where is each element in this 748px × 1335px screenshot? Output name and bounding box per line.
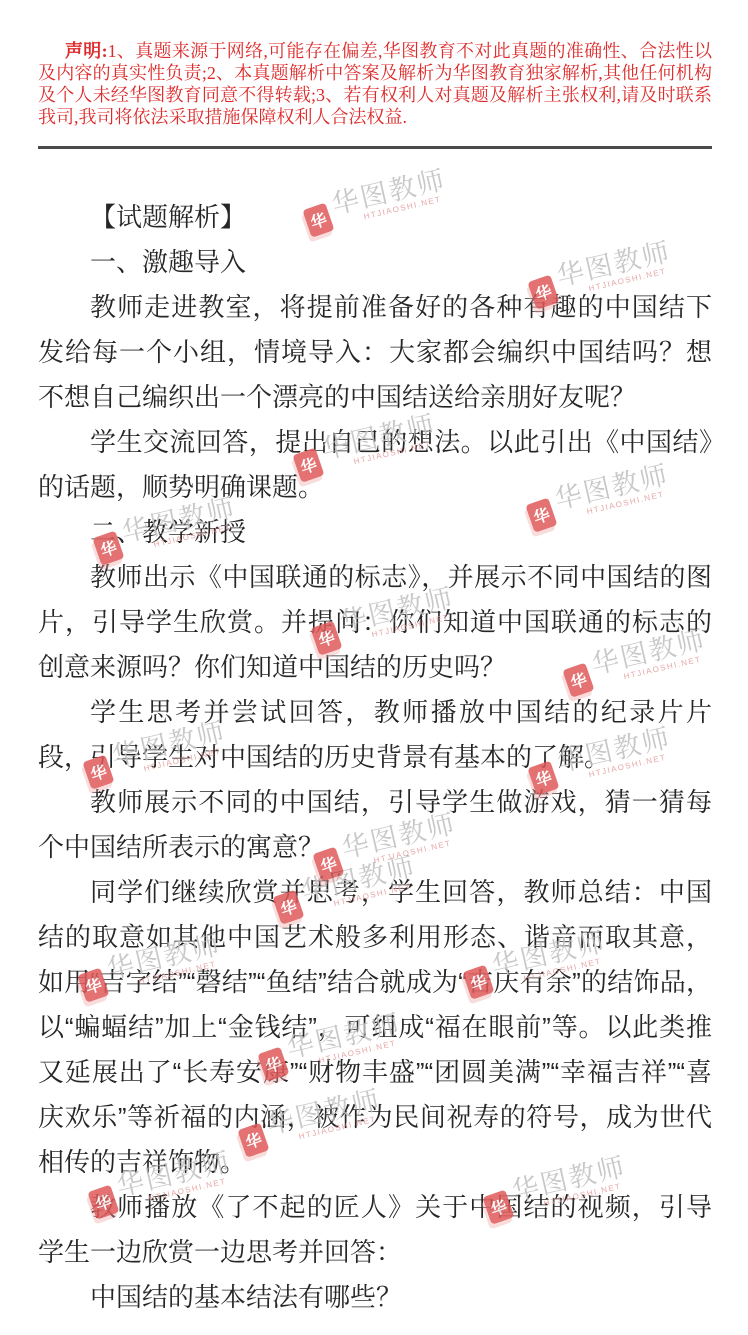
paragraph: 教师展示不同的中国结，引导学生做游戏，猜一猜每个中国结所表示的寓意？ xyxy=(38,780,712,870)
paragraph: 学生交流回答，提出自己的想法。以此引出《中国结》的话题，顺势明确课题。 xyxy=(38,420,712,510)
paragraph: 教师播放《了不起的匠人》关于中国结的视频，引导学生一边欣赏一边思考并回答： xyxy=(38,1185,712,1275)
paragraph: 同学们继续欣赏并思考，学生回答，教师总结：中国结的取意如其他中国艺术般多利用形态… xyxy=(38,870,712,1185)
paragraph: 教师走进教室，将提前准备好的各种有趣的中国结下发给每一个小组，情境导入：大家都会… xyxy=(38,285,712,420)
document-page: { "disclaimer": { "label": "声明:", "text"… xyxy=(0,0,748,1335)
lesson-analysis-body: 【试题解析】一、激趣导入教师走进教室，将提前准备好的各种有趣的中国结下发给每一个… xyxy=(38,195,712,1320)
disclaimer-body: 1、真题来源于网络,可能存在偏差,华图教育不对此真题的准确性、合法性以及内容的真… xyxy=(38,41,712,127)
paragraph: 学生思考并尝试回答，教师播放中国结的纪录片片段，引导学生对中国结的历史背景有基本… xyxy=(38,690,712,780)
paragraph: 中国结的基本结法有哪些？ xyxy=(38,1275,712,1320)
divider-line xyxy=(38,146,712,149)
document-content: 声明:1、真题来源于网络,可能存在偏差,华图教育不对此真题的准确性、合法性以及内… xyxy=(0,0,748,1320)
paragraph: 教师出示《中国联通的标志》，并展示不同中国结的图片，引导学生欣赏。并提问：你们知… xyxy=(38,555,712,690)
disclaimer-label: 声明: xyxy=(65,41,108,61)
disclaimer-text: 声明:1、真题来源于网络,可能存在偏差,华图教育不对此真题的准确性、合法性以及内… xyxy=(38,40,712,128)
paragraph: 二、教学新授 xyxy=(38,510,712,555)
paragraph: 【试题解析】 xyxy=(38,195,712,240)
paragraph: 一、激趣导入 xyxy=(38,240,712,285)
